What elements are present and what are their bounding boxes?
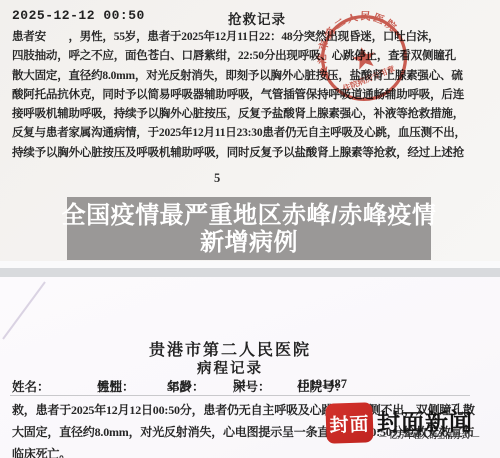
headline-line2: 新增病例 (200, 229, 298, 256)
headline-banner: 全国疫情最严重地区赤峰/赤峰疫情 新增病例 (67, 197, 431, 260)
fields-underline (10, 395, 470, 396)
record-datetime: 2025-12-12 00:50 (12, 8, 145, 23)
sex-value: 男性 (97, 377, 122, 395)
record-line: 大固定，直径约8.0mm，对光反射消失，心电图提示呈一条直线，于00:50分抢救… (12, 421, 482, 443)
record-line: 持续予以胸外心脏按压及呼吸机辅助呼吸，同时反复予以盐酸肾上腺素等抢救，经过上述抢 (12, 144, 468, 163)
progress-record-body: 救，患者于2025年12月12日00:50分，患者仍无自主呼吸及心跳，血压测不出… (12, 399, 482, 458)
record-line: 救，患者于2025年12月12日00:50分，患者仍无自主呼吸及心跳，血压测不出… (12, 399, 482, 421)
age-value: 55岁 (167, 377, 192, 395)
record-line: 接呼吸机辅助呼吸，持续予以胸外心脏按压，反复予盐酸肾上腺素强心，补液等抢救措施， (12, 105, 468, 124)
record-title: 抢救记录 (228, 8, 286, 28)
admission-value: 15191487 (297, 377, 347, 392)
headline-line1: 全国疫情最严重地区赤峰/赤峰疫情 (62, 202, 437, 229)
seal-star-icon (350, 45, 377, 71)
record-line: 临床死亡。 (12, 443, 482, 458)
photo-separator-band (0, 268, 500, 277)
rescue-record-header: 2025-12-12 00:50 抢救记录 (0, 8, 500, 24)
patient-fields-row: 姓名： 性别：男性 年龄：55岁 床号：54 住院号：15191487 (0, 377, 500, 393)
name-field-label: 姓名： (12, 377, 50, 395)
record-line: 反复与患者家属沟通病情，于2025年12月11日23:30患者仍无自主呼吸及心跳… (12, 124, 468, 143)
seal-band-text: 住院病历专用章 (341, 63, 396, 93)
photo-gap-strip (0, 261, 500, 268)
news-screenshot: 2025-12-12 00:50 抢救记录 患者安 ，男性，55岁，患者于202… (0, 0, 500, 458)
page-number: 5 (214, 171, 220, 186)
bed-value: 54 (233, 377, 246, 392)
document-title: 病程记录 (0, 357, 460, 378)
progress-record-document: 贵港市第二人民医院 病程记录 姓名： 性别：男性 年龄：55岁 床号：54 住院… (0, 277, 500, 458)
